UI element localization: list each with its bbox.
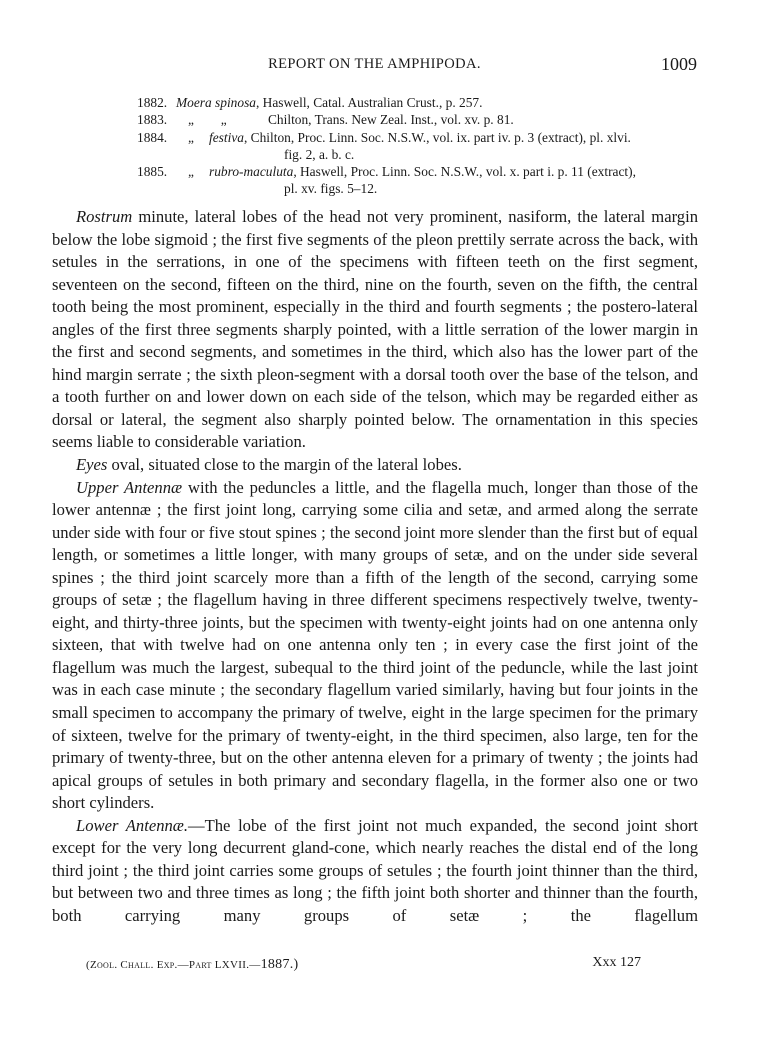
synonymy-year: 1884. (137, 129, 167, 146)
synonymy-entry: 1885. „ rubro-maculuta, Haswell, Proc. L… (137, 163, 702, 180)
synonymy-citation-line: rubro-maculuta, Haswell, Proc. Linn. Soc… (209, 163, 636, 180)
synonymy-continuation-text: fig. 2, a. b. c. (284, 146, 354, 163)
ditto-marks: „ „ (188, 111, 227, 128)
synonymy-citation: , Haswell, Catal. Australian Crust., p. … (256, 95, 483, 110)
synonymy-entry: 1882. Moera spinosa, Haswell, Catal. Aus… (137, 94, 702, 111)
synonymy-citation-line: Moera spinosa, Haswell, Catal. Australia… (176, 94, 482, 111)
body-text: Rostrum minute, lateral lobes of the hea… (52, 206, 698, 928)
paragraph-lead: Lower Antennæ. (76, 816, 188, 835)
synonymy-continuation-text: pl. xv. figs. 5–12. (284, 180, 377, 197)
page-number: 1009 (661, 54, 697, 75)
ditto-marks: „ (188, 163, 194, 180)
footer-signature: (Zool. Chall. Exp.—Part LXVII.—1887.) (86, 957, 299, 973)
synonymy-citation: Chilton, Trans. New Zeal. Inst., vol. xv… (268, 111, 514, 128)
document-page: REPORT ON THE AMPHIPODA. 1009 1882. Moer… (0, 0, 776, 1050)
synonymy-continuation: fig. 2, a. b. c. (137, 146, 702, 163)
synonymy-entry: 1884. „ festiva, Chilton, Proc. Linn. So… (137, 129, 702, 146)
synonymy-list: 1882. Moera spinosa, Haswell, Catal. Aus… (137, 94, 702, 198)
synonymy-continuation: pl. xv. figs. 5–12. (137, 180, 702, 197)
synonymy-year: 1885. (137, 163, 167, 180)
paragraph-lead: Eyes (76, 455, 107, 474)
running-title: REPORT ON THE AMPHIPODA. (52, 56, 697, 73)
paragraph-text: oval, situated close to the margin of th… (107, 455, 462, 474)
paragraph-lead: Upper Antennæ (76, 478, 182, 497)
synonymy-year: 1882. (137, 94, 167, 111)
paragraph-eyes: Eyes oval, situated close to the margin … (52, 454, 698, 477)
synonymy-entry: 1883. „ „ Chilton, Trans. New Zeal. Inst… (137, 111, 702, 128)
ditto-marks: „ (188, 129, 194, 146)
paragraph-rostrum: Rostrum minute, lateral lobes of the hea… (52, 206, 698, 454)
paragraph-upper-antennae: Upper Antennæ with the peduncles a littl… (52, 477, 698, 815)
synonymy-year: 1883. (137, 111, 167, 128)
synonymy-taxon: rubro-maculuta (209, 164, 293, 179)
synonymy-taxon: Moera spinosa (176, 95, 256, 110)
synonymy-citation-line: festiva, Chilton, Proc. Linn. Soc. N.S.W… (209, 129, 631, 146)
paragraph-lead: Rostrum (76, 207, 132, 226)
synonymy-citation: , Haswell, Proc. Linn. Soc. N.S.W., vol.… (293, 164, 636, 179)
footer-sheet-mark: Xxx 127 (592, 955, 641, 971)
paragraph-text: with the peduncles a little, and the fla… (52, 478, 698, 813)
synonymy-citation: , Chilton, Proc. Linn. Soc. N.S.W., vol.… (244, 130, 631, 145)
footer-year: 1887.) (261, 957, 299, 972)
footer-series: (Zool. Chall. Exp.—Part LXVII.— (86, 959, 261, 971)
page-footer: (Zool. Chall. Exp.—Part LXVII.—1887.) Xx… (86, 957, 641, 975)
paragraph-text: minute, lateral lobes of the head not ve… (52, 207, 698, 451)
running-head: REPORT ON THE AMPHIPODA. 1009 (52, 56, 697, 78)
paragraph-lower-antennae: Lower Antennæ.—The lobe of the first joi… (52, 815, 698, 928)
synonymy-taxon: festiva (209, 130, 244, 145)
